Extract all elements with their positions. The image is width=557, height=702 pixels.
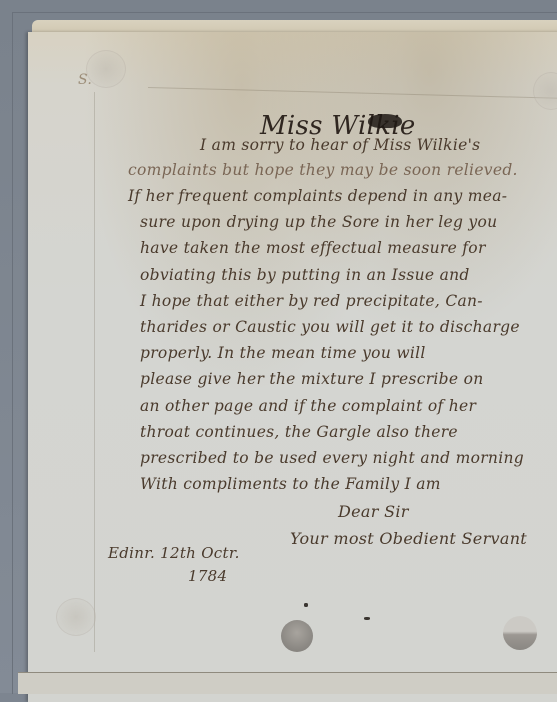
- wax-seal-mark-bottom-right: [503, 616, 537, 650]
- wax-seal-mark-bottom-center: [281, 620, 313, 652]
- body-line-13: prescribed to be used every night and mo…: [140, 449, 524, 467]
- body-line-1: I am sorry to hear of Miss Wilkie's: [200, 136, 480, 154]
- body-line-8: tharides or Caustic you will get it to d…: [140, 318, 520, 336]
- body-line-11: an other page and if the complaint of he…: [140, 397, 476, 415]
- body-line-6: obviating this by putting in an Issue an…: [140, 266, 470, 284]
- docket-mark: S.: [78, 72, 92, 88]
- body-line-2: complaints but hope they may be soon rel…: [128, 161, 518, 179]
- ink-speck: [304, 603, 308, 607]
- bottom-sheet-edge: [18, 672, 557, 693]
- body-line-5: have taken the most effectual measure fo…: [140, 239, 486, 257]
- body-line-10: please give her the mixture I prescribe …: [140, 370, 484, 388]
- letter-page: S. Miss Wilkie I am sorry to hear of Mis…: [28, 32, 557, 693]
- body-line-12: throat continues, the Gargle also there: [140, 423, 458, 441]
- ink-blot: [368, 114, 402, 128]
- dateline-place-date: Edinr. 12th Octr.: [108, 544, 240, 562]
- wax-seal-mark-top-right: [533, 72, 557, 110]
- ink-speck: [364, 617, 370, 620]
- closing-signature: Your most Obedient Servant: [290, 529, 527, 548]
- page-fold-line: [94, 92, 95, 652]
- dateline-year: 1784: [188, 567, 227, 585]
- closing-salutation: Dear Sir: [338, 502, 409, 521]
- wax-seal-mark-bottom-left: [56, 598, 96, 636]
- body-line-4: sure upon drying up the Sore in her leg …: [140, 213, 497, 231]
- body-line-14: With compliments to the Family I am: [140, 475, 441, 493]
- page-crease: [148, 87, 557, 99]
- body-line-3: If her frequent complaints depend in any…: [128, 187, 507, 205]
- body-line-9: properly. In the mean time you will: [140, 344, 426, 362]
- body-line-7: I hope that either by red precipitate, C…: [140, 292, 483, 310]
